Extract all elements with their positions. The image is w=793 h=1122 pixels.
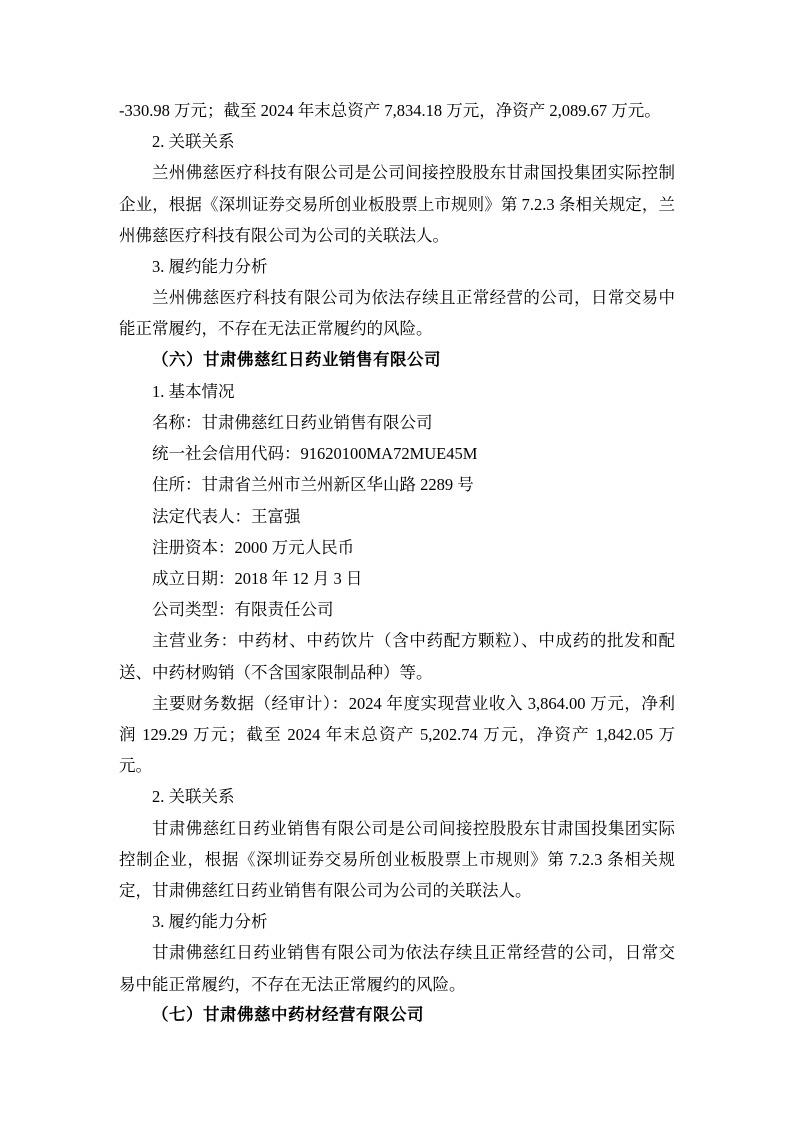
field-credit-code: 统一社会信用代码：91620100MA72MUE45M — [119, 438, 675, 469]
paragraph-financials-continued: -330.98 万元；截至 2024 年末总资产 7,834.18 万元，净资产… — [119, 95, 675, 126]
paragraph-related-relationship-1: 兰州佛慈医疗科技有限公司是公司间接控股股东甘肃国投集团实际控制企业，根据《深圳证… — [119, 157, 675, 251]
paragraph-performance-analysis-1: 兰州佛慈医疗科技有限公司为依法存续且正常经营的公司，日常交易中能正常履约，不存在… — [119, 282, 675, 344]
section-heading-seven: （七）甘肃佛慈中药材经营有限公司 — [119, 1000, 675, 1031]
field-company-name: 名称：甘肃佛慈红日药业销售有限公司 — [119, 407, 675, 438]
paragraph-main-business: 主营业务：中药材、中药饮片（含中药配方颗粒）、中成药的批发和配送、中药材购销（不… — [119, 625, 675, 687]
paragraph-performance-analysis-2: 甘肃佛慈红日药业销售有限公司为依法存续且正常经营的公司，日常交易中能正常履约，不… — [119, 937, 675, 999]
item-related-relationship-1: 2. 关联关系 — [119, 126, 675, 157]
paragraph-financial-data: 主要财务数据（经审计）：2024 年度实现营业收入 3,864.00 万元，净利… — [119, 688, 675, 782]
field-legal-representative: 法定代表人：王富强 — [119, 501, 675, 532]
field-address: 住所：甘肃省兰州市兰州新区华山路 2289 号 — [119, 469, 675, 500]
document-page: -330.98 万元；截至 2024 年末总资产 7,834.18 万元，净资产… — [0, 0, 793, 1122]
field-company-type: 公司类型：有限责任公司 — [119, 594, 675, 625]
document-text-block: -330.98 万元；截至 2024 年末总资产 7,834.18 万元，净资产… — [119, 95, 675, 1031]
field-establishment-date: 成立日期：2018 年 12 月 3 日 — [119, 563, 675, 594]
paragraph-related-relationship-2: 甘肃佛慈红日药业销售有限公司是公司间接控股股东甘肃国投集团实际控制企业，根据《深… — [119, 813, 675, 907]
item-performance-analysis-2: 3. 履约能力分析 — [119, 906, 675, 937]
item-basic-information: 1. 基本情况 — [119, 376, 675, 407]
item-performance-analysis-1: 3. 履约能力分析 — [119, 251, 675, 282]
item-related-relationship-2: 2. 关联关系 — [119, 781, 675, 812]
field-registered-capital: 注册资本：2000 万元人民币 — [119, 532, 675, 563]
section-heading-six: （六）甘肃佛慈红日药业销售有限公司 — [119, 345, 675, 376]
